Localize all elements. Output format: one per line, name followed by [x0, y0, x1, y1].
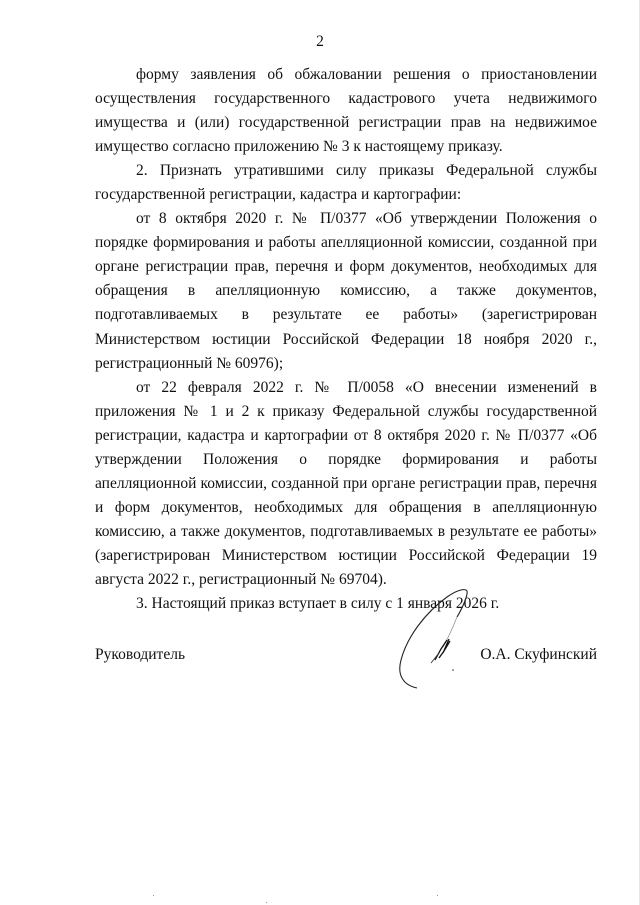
page-number: 2 — [0, 33, 640, 51]
paragraph-form-continuation: форму заявления об обжаловании решения о… — [95, 63, 597, 159]
scan-speck — [266, 902, 267, 903]
handwritten-signature-icon — [395, 585, 475, 690]
scan-speck — [437, 895, 438, 896]
paragraph-order-2022: от 22 февраля 2022 г. № П/0058 «О внесен… — [95, 376, 597, 592]
document-body: форму заявления об обжаловании решения о… — [95, 63, 597, 616]
signatory-title: Руководитель — [95, 646, 185, 664]
paragraph-item-2: 2. Признать утратившими силу приказы Фед… — [95, 159, 597, 207]
signatory-name: О.А. Скуфинский — [480, 646, 597, 664]
paragraph-order-2020: от 8 октября 2020 г. № П/0377 «Об утверж… — [95, 207, 597, 375]
paragraph-item-3: 3. Настоящий приказ вступает в силу с 1 … — [95, 592, 597, 616]
scan-speck — [153, 895, 154, 896]
